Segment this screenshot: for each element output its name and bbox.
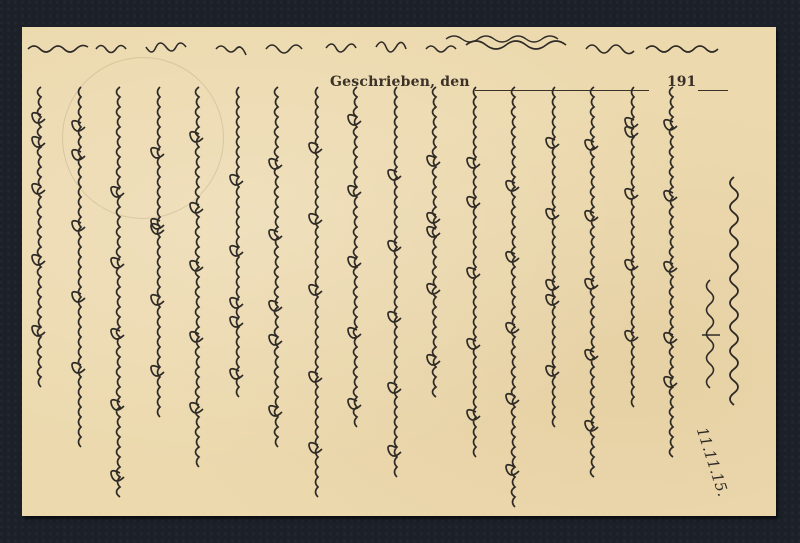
handwritten-column [346,85,368,515]
handwritten-place-and-date: 11.11.15. [694,175,754,515]
handwritten-column [228,85,250,515]
handwritten-column [465,85,487,515]
handwritten-column [267,85,289,515]
handwritten-column [662,85,684,515]
handwritten-column [30,85,52,515]
handwritten-column [188,85,210,515]
handwritten-column [583,85,605,515]
postcard: Geschrieben, den 191 11.11.15. [22,27,776,516]
handwritten-column [386,85,408,515]
handwritten-column [623,85,645,515]
handwritten-column [109,85,131,515]
handwritten-column [307,85,329,515]
handwritten-column [149,85,171,515]
year-blank-line [698,90,728,91]
handwritten-column [425,85,447,515]
handwritten-column [70,85,92,515]
handwritten-column [544,85,566,515]
handwritten-top-margin-line [26,35,766,59]
handwritten-column [504,85,526,515]
